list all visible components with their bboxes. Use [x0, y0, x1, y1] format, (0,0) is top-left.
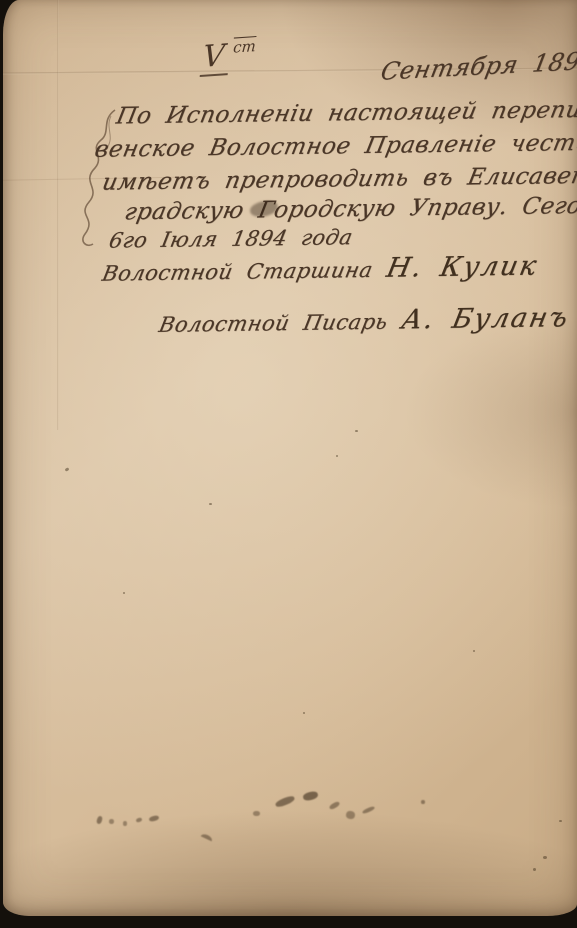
ink-smudge	[345, 810, 355, 819]
handwriting-line: имѣетъ препроводить въ Елисавет-	[100, 163, 577, 196]
handwriting-line: По Исполненіи настоящей переписки Ро	[114, 96, 577, 130]
ink-smudge	[421, 800, 425, 804]
handwriting-line: градскую Городскую Управу. Сего	[122, 193, 577, 225]
handwriting-line: 6го Іюля 1894 года	[107, 225, 355, 252]
ink-speck	[336, 455, 338, 457]
signature-role: Волостной Старшина	[100, 258, 375, 286]
ink-smudge	[123, 821, 127, 826]
ink-smudge	[302, 790, 318, 801]
ink-smudge	[362, 806, 376, 815]
paper-sheet: Vст Сентября 1894 По Исполненіи настояще…	[3, 0, 577, 916]
vertical-crease	[57, 0, 59, 430]
signature-pisar: Волостной ПисарьА. Буланъ	[156, 302, 572, 339]
section-superscript: ст	[233, 37, 257, 57]
ink-speck	[473, 650, 475, 652]
ink-speck	[533, 868, 536, 871]
ink-smudge	[274, 795, 295, 809]
ink-smudge	[328, 801, 340, 811]
ink-smudge	[149, 815, 160, 822]
ink-speck	[559, 820, 562, 822]
ink-speck	[209, 503, 212, 505]
letter-body: По Исполненіи настоящей переписки Ро вен…	[3, 0, 577, 4]
handwriting-line: венское Волостное Правленіе честь	[92, 130, 577, 163]
ink-speck	[123, 592, 125, 594]
ink-smudge	[96, 815, 103, 824]
ink-smudge	[109, 819, 114, 824]
signature-name: Н. Кулик	[384, 251, 541, 284]
date-annotation: Сентября 1894	[378, 46, 577, 86]
signature-name: А. Буланъ	[399, 302, 572, 335]
ink-smudge	[253, 811, 260, 816]
ink-speck	[303, 712, 305, 714]
signature-role: Волостной Писарь	[157, 310, 390, 337]
ink-speck	[355, 430, 358, 432]
document-scan: Vст Сентября 1894 По Исполненіи настояще…	[0, 0, 577, 928]
ink-speck	[65, 467, 70, 472]
section-number-annotation: Vст	[200, 36, 257, 75]
section-numeral: V	[200, 38, 230, 77]
ink-speck	[543, 856, 547, 859]
ink-smudge	[135, 817, 142, 823]
signature-starshina: Волостной СтаршинаН. Кулик	[100, 251, 541, 288]
ink-smudge	[201, 833, 214, 842]
